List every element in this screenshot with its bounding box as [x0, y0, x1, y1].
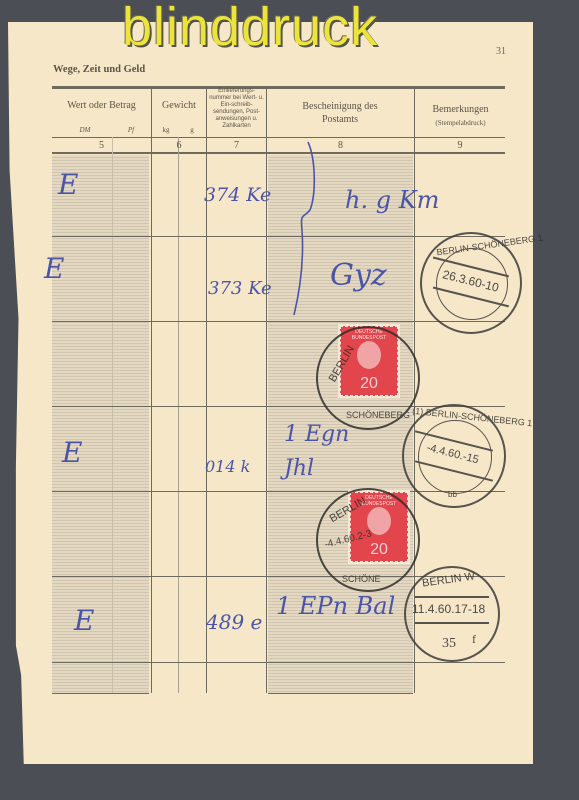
postmark-4: BERLIN -4.4.60.2-3 SCHÖNE: [316, 488, 420, 592]
postmark-city: BERLIN: [328, 495, 368, 525]
col5-sub-pf: Pf: [113, 126, 149, 134]
col8-header: Bescheinigung des Postamts: [300, 100, 380, 126]
postmark-date: -4.4.60.2-3: [323, 528, 373, 550]
row6-signature: 1 EPn Bal: [276, 588, 406, 624]
row1-number: 374 Ke: [204, 184, 271, 206]
row-rule: [52, 662, 505, 663]
col-number-5: 5: [52, 140, 151, 151]
col6-divider: [178, 137, 179, 693]
col6-right-rule: [206, 89, 207, 693]
watermark: blinddruck: [122, 0, 378, 58]
row2-wert: E: [44, 252, 64, 285]
col6-sub-g: g: [179, 126, 205, 134]
col9-header: Bemerkungen: [416, 104, 505, 115]
row1-wert: E: [58, 168, 78, 201]
row4-number: 014 k: [205, 457, 250, 476]
postmark-date: 11.4.60.17-18: [412, 602, 485, 616]
postmark-5: BERLIN W 11.4.60.17-18 35 f: [404, 566, 500, 662]
row-rule: [52, 236, 505, 237]
row-rule: [52, 693, 149, 694]
col7-header: Einlieferungs-nummer bei Wert- u. Ein-sc…: [208, 88, 265, 130]
col7-right-rule: [266, 89, 267, 693]
brace-mark: [290, 140, 320, 320]
postmark-code: bb: [448, 490, 457, 499]
row-rule: [268, 693, 413, 694]
col5-divider: [112, 137, 113, 693]
col-number-9: 9: [415, 140, 505, 151]
section-title: Wege, Zeit und Geld: [53, 64, 145, 75]
row1-signature: h. g Km: [345, 186, 439, 214]
row6-number: 489 e: [206, 610, 262, 634]
col-number-6: 6: [152, 140, 206, 151]
postmark-1: BERLIN-SCHÖNEBERG 1 26.3.60-10: [420, 232, 522, 334]
col5-sub-dm: DM: [60, 126, 110, 134]
postmark-3: (1) BERLIN-SCHÖNEBERG 1 -4.4.60.-15 bb: [402, 404, 506, 508]
col5-header: Wert oder Betrag: [52, 100, 151, 111]
postmark-city: BERLIN: [327, 344, 357, 384]
row2-number: 373 Ke: [208, 278, 272, 299]
col-number-7: 7: [207, 140, 266, 151]
row6-wert: E: [74, 604, 94, 637]
postmark-2: BERLIN SCHÖNEBERG: [316, 326, 420, 430]
row2-signature: Gyz: [330, 258, 387, 293]
row4-wert: E: [62, 436, 82, 469]
header-top-rule: [52, 86, 505, 89]
postmark-city: BERLIN W: [421, 570, 475, 589]
col6-sub-kg: kg: [154, 126, 178, 134]
col5-right-rule: [151, 89, 152, 693]
col9-subnote: (Stempelabdruck): [416, 119, 505, 127]
header-sub-rule: [52, 137, 505, 138]
page-number: 31: [496, 46, 506, 57]
postmark-district: SCHÖNEBERG: [346, 410, 410, 420]
postmark-district: SCHÖNE: [342, 574, 381, 584]
postmark-office-number: 35: [442, 636, 456, 652]
header-bottom-rule: [52, 152, 505, 154]
postmark-suffix: f: [472, 632, 476, 647]
col6-header: Gewicht: [152, 100, 206, 111]
